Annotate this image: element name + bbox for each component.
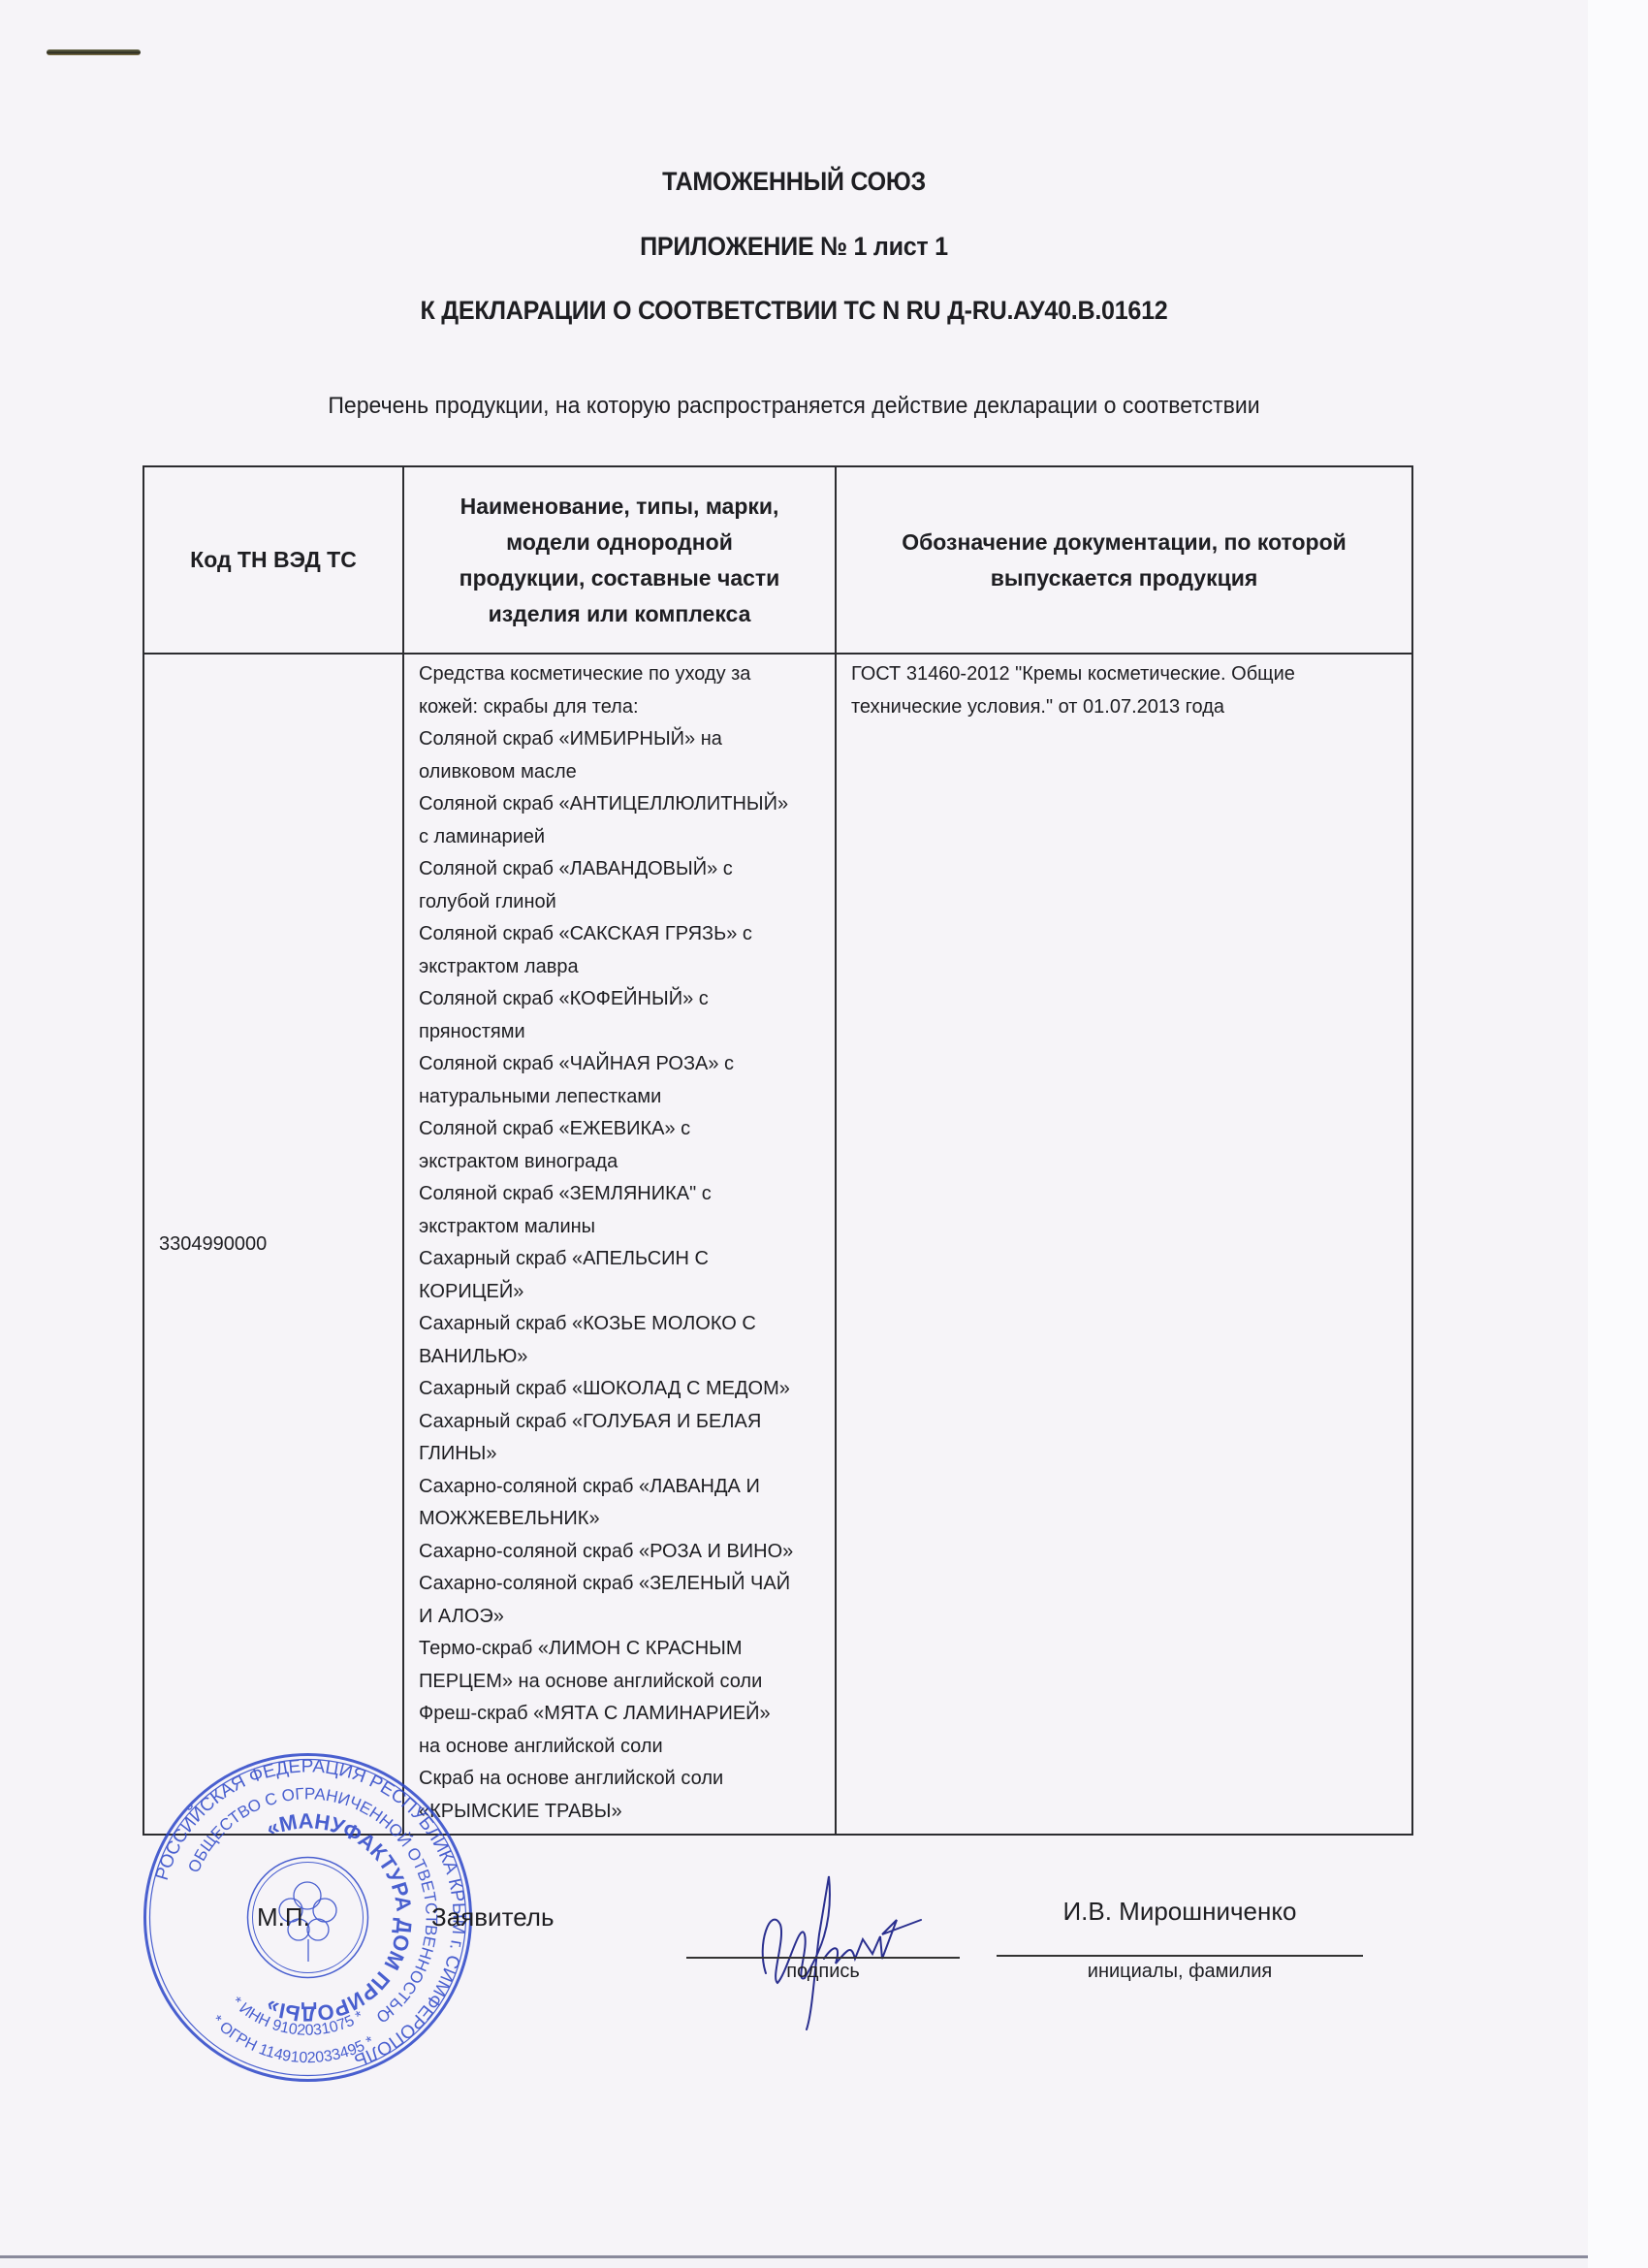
product-line: И АЛОЭ» bbox=[419, 1601, 827, 1634]
header-name-line: изделия или комплекса bbox=[404, 596, 835, 632]
product-line: экстрактом малины bbox=[419, 1211, 827, 1244]
header-code: Код ТН ВЭД ТС bbox=[143, 466, 403, 654]
list-item: Соляной скраб «ИМБИРНЫЙ» наоливковом мас… bbox=[419, 723, 827, 788]
table-row: 3304990000 Средства косметические по ухо… bbox=[143, 654, 1412, 1835]
signatory-name: И.В. Мирошниченко bbox=[997, 1897, 1363, 1927]
product-line: МОЖЖЕВЕЛЬНИК» bbox=[419, 1503, 827, 1536]
product-line: Сахарный скраб «КОЗЬЕ МОЛОКО С bbox=[419, 1308, 827, 1341]
product-line: Сахарный скраб «ГОЛУБАЯ И БЕЛАЯ bbox=[419, 1406, 827, 1439]
handwritten-signature bbox=[727, 1867, 950, 2031]
list-item: Соляной скраб «ЗЕМЛЯНИКА" сэкстрактом ма… bbox=[419, 1178, 827, 1243]
header-customs-union: ТАМОЖЕННЫЙ СОЮЗ bbox=[55, 167, 1532, 197]
list-item: Соляной скраб «АНТИЦЕЛЛЮЛИТНЫЙ»с ламинар… bbox=[419, 788, 827, 853]
product-line: КОРИЦЕЙ» bbox=[419, 1276, 827, 1309]
header-doc-line: Обозначение документации, по которой bbox=[837, 525, 1411, 560]
product-line: Соляной скраб «ИМБИРНЫЙ» на bbox=[419, 723, 827, 756]
product-line: Соляной скраб «КОФЕЙНЫЙ» с bbox=[419, 983, 827, 1016]
products-intro-line: кожей: скрабы для тела: bbox=[419, 691, 827, 724]
product-line: Сахарный скраб «АПЕЛЬСИН С bbox=[419, 1243, 827, 1276]
product-line: Соляной скраб «САКСКАЯ ГРЯЗЬ» с bbox=[419, 918, 827, 951]
header-name-line: модели однородной bbox=[404, 525, 835, 560]
product-list-subtitle: Перечень продукции, на которую распростр… bbox=[32, 393, 1556, 420]
list-item: Сахарный скраб «АПЕЛЬСИН СКОРИЦЕЙ» bbox=[419, 1243, 827, 1308]
header-doc-line: выпускается продукция bbox=[837, 560, 1411, 596]
product-line: Сахарный скраб «ШОКОЛАД С МЕДОМ» bbox=[419, 1373, 827, 1406]
list-item: Сахарный скраб «ШОКОЛАД С МЕДОМ» bbox=[419, 1373, 827, 1406]
table-header-row: Код ТН ВЭД ТС Наименование, типы, марки,… bbox=[143, 466, 1412, 654]
product-line: натуральными лепестками bbox=[419, 1081, 827, 1114]
product-line: Сахарно-соляной скраб «ЛАВАНДА И bbox=[419, 1471, 827, 1504]
cell-documentation: ГОСТ 31460-2012 "Кремы косметические. Об… bbox=[836, 654, 1412, 1835]
product-line: Сахарно-соляной скраб «РОЗА И ВИНО» bbox=[419, 1536, 827, 1569]
product-line: на основе английской соли bbox=[419, 1731, 827, 1764]
header-declaration-number: К ДЕКЛАРАЦИИ О СООТВЕТСТВИИ ТС N RU Д-RU… bbox=[55, 296, 1532, 326]
documentation-line: ГОСТ 31460-2012 "Кремы косметические. Об… bbox=[851, 658, 1404, 691]
staple-mark bbox=[47, 49, 141, 55]
list-item: Соляной скраб «КОФЕЙНЫЙ» спряностями bbox=[419, 983, 827, 1048]
header-name-line: продукции, составные части bbox=[404, 560, 835, 596]
product-line: Соляной скраб «ЗЕМЛЯНИКА" с bbox=[419, 1178, 827, 1211]
product-line: Сахарно-соляной скраб «ЗЕЛЕНЫЙ ЧАЙ bbox=[419, 1568, 827, 1601]
header-product-name: Наименование, типы, марки,модели однород… bbox=[403, 466, 836, 654]
product-line: Термо-скраб «ЛИМОН С КРАСНЫМ bbox=[419, 1633, 827, 1666]
product-line: ВАНИЛЬЮ» bbox=[419, 1341, 827, 1374]
name-line bbox=[997, 1955, 1363, 1957]
list-item: Сахарный скраб «ГОЛУБАЯ И БЕЛАЯГЛИНЫ» bbox=[419, 1406, 827, 1471]
list-item: Сахарно-соляной скраб «ЛАВАНДА ИМОЖЖЕВЕЛ… bbox=[419, 1471, 827, 1536]
header-appendix: ПРИЛОЖЕНИЕ № 1 лист 1 bbox=[55, 232, 1532, 262]
list-item: Сахарно-соляной скраб «ЗЕЛЕНЫЙ ЧАЙИ АЛОЭ… bbox=[419, 1568, 827, 1633]
stamp-place-label: М.П. bbox=[257, 1902, 310, 1933]
list-item: Сахарный скраб «КОЗЬЕ МОЛОКО СВАНИЛЬЮ» bbox=[419, 1308, 827, 1373]
list-item: Соляной скраб «ЕЖЕВИКА» сэкстрактом вино… bbox=[419, 1113, 827, 1178]
name-caption: инициалы, фамилия bbox=[997, 1961, 1363, 1983]
products-intro-line: Средства косметические по уходу за bbox=[419, 658, 827, 691]
product-line: голубой глиной bbox=[419, 886, 827, 919]
scanner-margin bbox=[1588, 0, 1648, 2268]
product-line: оливковом масле bbox=[419, 756, 827, 789]
list-item: Соляной скраб «САКСКАЯ ГРЯЗЬ» сэкстракто… bbox=[419, 918, 827, 983]
product-line: пряностями bbox=[419, 1016, 827, 1049]
product-table: Код ТН ВЭД ТС Наименование, типы, марки,… bbox=[143, 465, 1413, 1836]
applicant-label: Заявитель bbox=[431, 1902, 555, 1933]
signature-caption: подпись bbox=[686, 1961, 960, 1983]
product-line: ГЛИНЫ» bbox=[419, 1438, 827, 1471]
product-line: ПЕРЦЕМ» на основе английской соли bbox=[419, 1666, 827, 1699]
product-line: Соляной скраб «АНТИЦЕЛЛЮЛИТНЫЙ» bbox=[419, 788, 827, 821]
product-line: Скраб на основе английской соли bbox=[419, 1763, 827, 1796]
product-line: экстрактом винограда bbox=[419, 1146, 827, 1179]
product-line: «КРЫМСКИЕ ТРАВЫ» bbox=[419, 1796, 827, 1829]
product-line: Соляной скраб «ЛАВАНДОВЫЙ» с bbox=[419, 853, 827, 886]
list-item: Сахарно-соляной скраб «РОЗА И ВИНО» bbox=[419, 1536, 827, 1569]
product-line: экстрактом лавра bbox=[419, 951, 827, 984]
product-line: Соляной скраб «ЧАЙНАЯ РОЗА» с bbox=[419, 1048, 827, 1081]
list-item: Термо-скраб «ЛИМОН С КРАСНЫМПЕРЦЕМ» на о… bbox=[419, 1633, 827, 1698]
header-name-line: Наименование, типы, марки, bbox=[404, 489, 835, 525]
list-item: Фреш-скраб «МЯТА С ЛАМИНАРИЕЙ»на основе … bbox=[419, 1698, 827, 1763]
list-item: Соляной скраб «ЧАЙНАЯ РОЗА» снатуральным… bbox=[419, 1048, 827, 1113]
cell-code: 3304990000 bbox=[143, 654, 403, 1835]
product-line: Фреш-скраб «МЯТА С ЛАМИНАРИЕЙ» bbox=[419, 1698, 827, 1731]
product-line: Соляной скраб «ЕЖЕВИКА» с bbox=[419, 1113, 827, 1146]
product-line: с ламинарией bbox=[419, 821, 827, 854]
cell-products: Средства косметические по уходу закожей:… bbox=[403, 654, 836, 1835]
header-documentation: Обозначение документации, по которойвыпу… bbox=[836, 466, 1412, 654]
list-item: Скраб на основе английской соли«КРЫМСКИЕ… bbox=[419, 1763, 827, 1828]
list-item: Соляной скраб «ЛАВАНДОВЫЙ» сголубой глин… bbox=[419, 853, 827, 918]
signature-line bbox=[686, 1957, 960, 1959]
documentation-line: технические условия." от 01.07.2013 года bbox=[851, 691, 1404, 724]
